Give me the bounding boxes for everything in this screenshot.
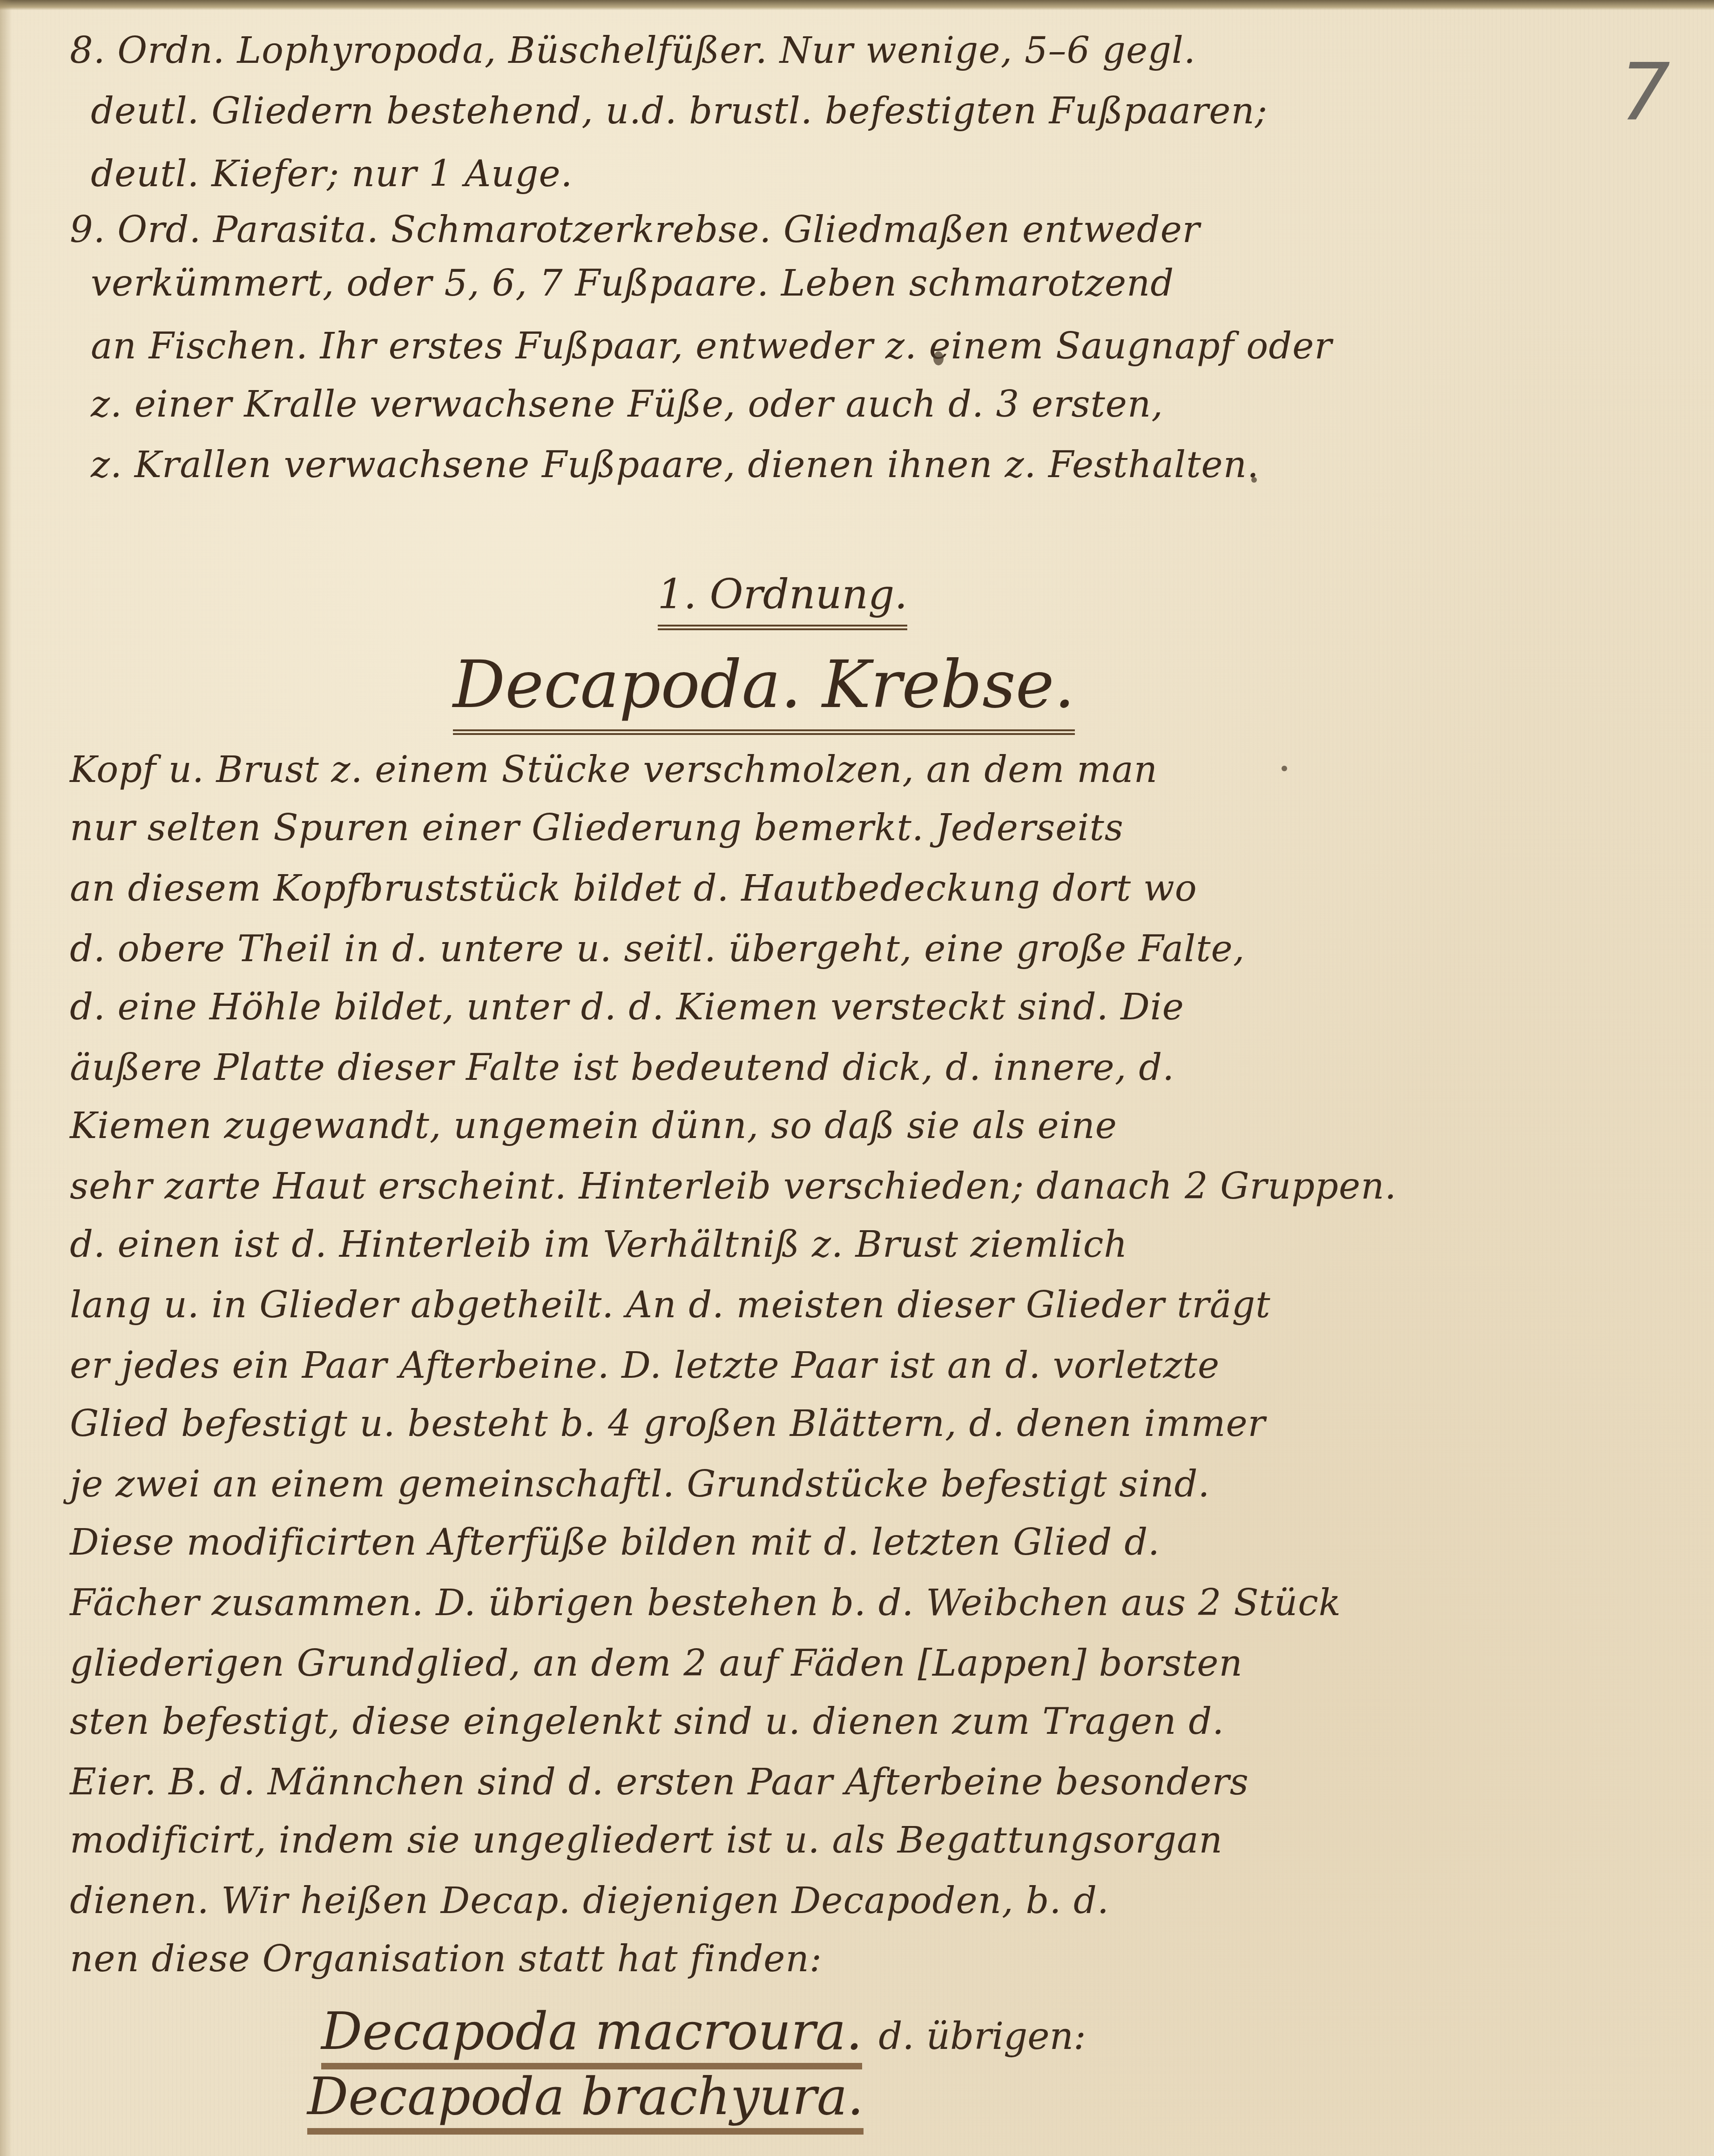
body-line-8: sehr zarte Haut erscheint. Hinterleib ve…: [70, 1168, 1397, 1205]
section-8-line-3: deutl. Kiefer; nur 1 Auge.: [91, 156, 573, 192]
body-line-10: lang u. in Glieder abgetheilt. An d. mei…: [70, 1287, 1271, 1323]
body-line-18: Eier. B. d. Männchen sind d. ersten Paar…: [70, 1764, 1249, 1800]
body-line-6: äußere Platte dieser Falte ist bedeutend…: [70, 1050, 1174, 1086]
section-9-line-4: z. einer Kralle verwachsene Füße, oder a…: [91, 386, 1163, 423]
body-line-16: gliederigen Grundglied, an dem 2 auf Fäd…: [70, 1645, 1243, 1682]
body-line-7: Kiemen zugewandt, ungemein dünn, so daß …: [70, 1108, 1117, 1144]
body-line-5: d. eine Höhle bildet, unter d. d. Kiemen…: [70, 989, 1184, 1025]
page-number: 7: [1620, 47, 1670, 139]
body-line-1: Kopf u. Brust z. einem Stücke verschmolz…: [70, 752, 1158, 788]
body-line-17: sten befestigt, diese eingelenkt sind u.…: [70, 1704, 1224, 1740]
manuscript-page: 7 8. Ordn. Lophyropoda, Büschelfüßer. Nu…: [0, 0, 1714, 2156]
body-line-15: Fächer zusammen. D. übrigen bestehen b. …: [70, 1585, 1341, 1621]
ink-spot: [1251, 477, 1257, 483]
body-line-9: d. einen ist d. Hinterleib im Verhältniß…: [70, 1226, 1128, 1263]
decapoda-brachyura-label: Decapoda brachyura.: [307, 2067, 864, 2135]
body-line-2: nur selten Spuren einer Gliederung bemer…: [70, 810, 1124, 846]
decapoda-macroura-label: Decapoda macroura.: [321, 2001, 862, 2069]
order-title-decapoda: Decapoda. Krebse.: [0, 647, 1621, 723]
ink-spot: [933, 351, 944, 365]
section-9-line-1: 9. Ord. Parasita. Schmarotzerkrebse. Gli…: [70, 212, 1200, 248]
body-line-19: modificirt, indem sie ungegliedert ist u…: [70, 1822, 1223, 1859]
page-top-edge: [0, 0, 1714, 10]
decapoda-macroura: Decapoda macroura. d. übrigen:: [321, 2001, 1086, 2061]
section-9-line-3: an Fischen. Ihr erstes Fußpaar, entweder…: [91, 328, 1332, 364]
body-line-4: d. obere Theil in d. untere u. seitl. üb…: [70, 931, 1245, 967]
decapoda-connector: d. übrigen:: [878, 2015, 1086, 2058]
body-line-12: Glied befestigt u. besteht b. 4 großen B…: [70, 1406, 1266, 1442]
section-8-line-2: deutl. Gliedern bestehend, u.d. brustl. …: [91, 93, 1268, 129]
body-line-14: Diese modificirten Afterfüße bilden mit …: [70, 1524, 1160, 1561]
body-line-20: dienen. Wir heißen Decap. diejenigen Dec…: [70, 1883, 1109, 1919]
body-line-21: nen diese Organisation statt hat finden:: [70, 1941, 822, 1977]
decapoda-brachyura: Decapoda brachyura.: [307, 2067, 864, 2126]
body-line-11: er jedes ein Paar Afterbeine. D. letzte …: [70, 1347, 1220, 1384]
section-8-line-1: 8. Ordn. Lophyropoda, Büschelfüßer. Nur …: [70, 33, 1196, 69]
section-9-line-2: verkümmert, oder 5, 6, 7 Fußpaare. Leben…: [91, 265, 1174, 302]
page-left-edge: [0, 0, 12, 2156]
ink-spot: [1282, 766, 1287, 771]
body-line-3: an diesem Kopfbruststück bildet d. Hautb…: [70, 870, 1197, 907]
order-heading: 1. Ordnung.: [0, 570, 1640, 618]
body-line-13: je zwei an einem gemeinschaftl. Grundstü…: [70, 1466, 1210, 1502]
section-9-line-5: z. Krallen verwachsene Fußpaare, dienen …: [91, 447, 1259, 483]
